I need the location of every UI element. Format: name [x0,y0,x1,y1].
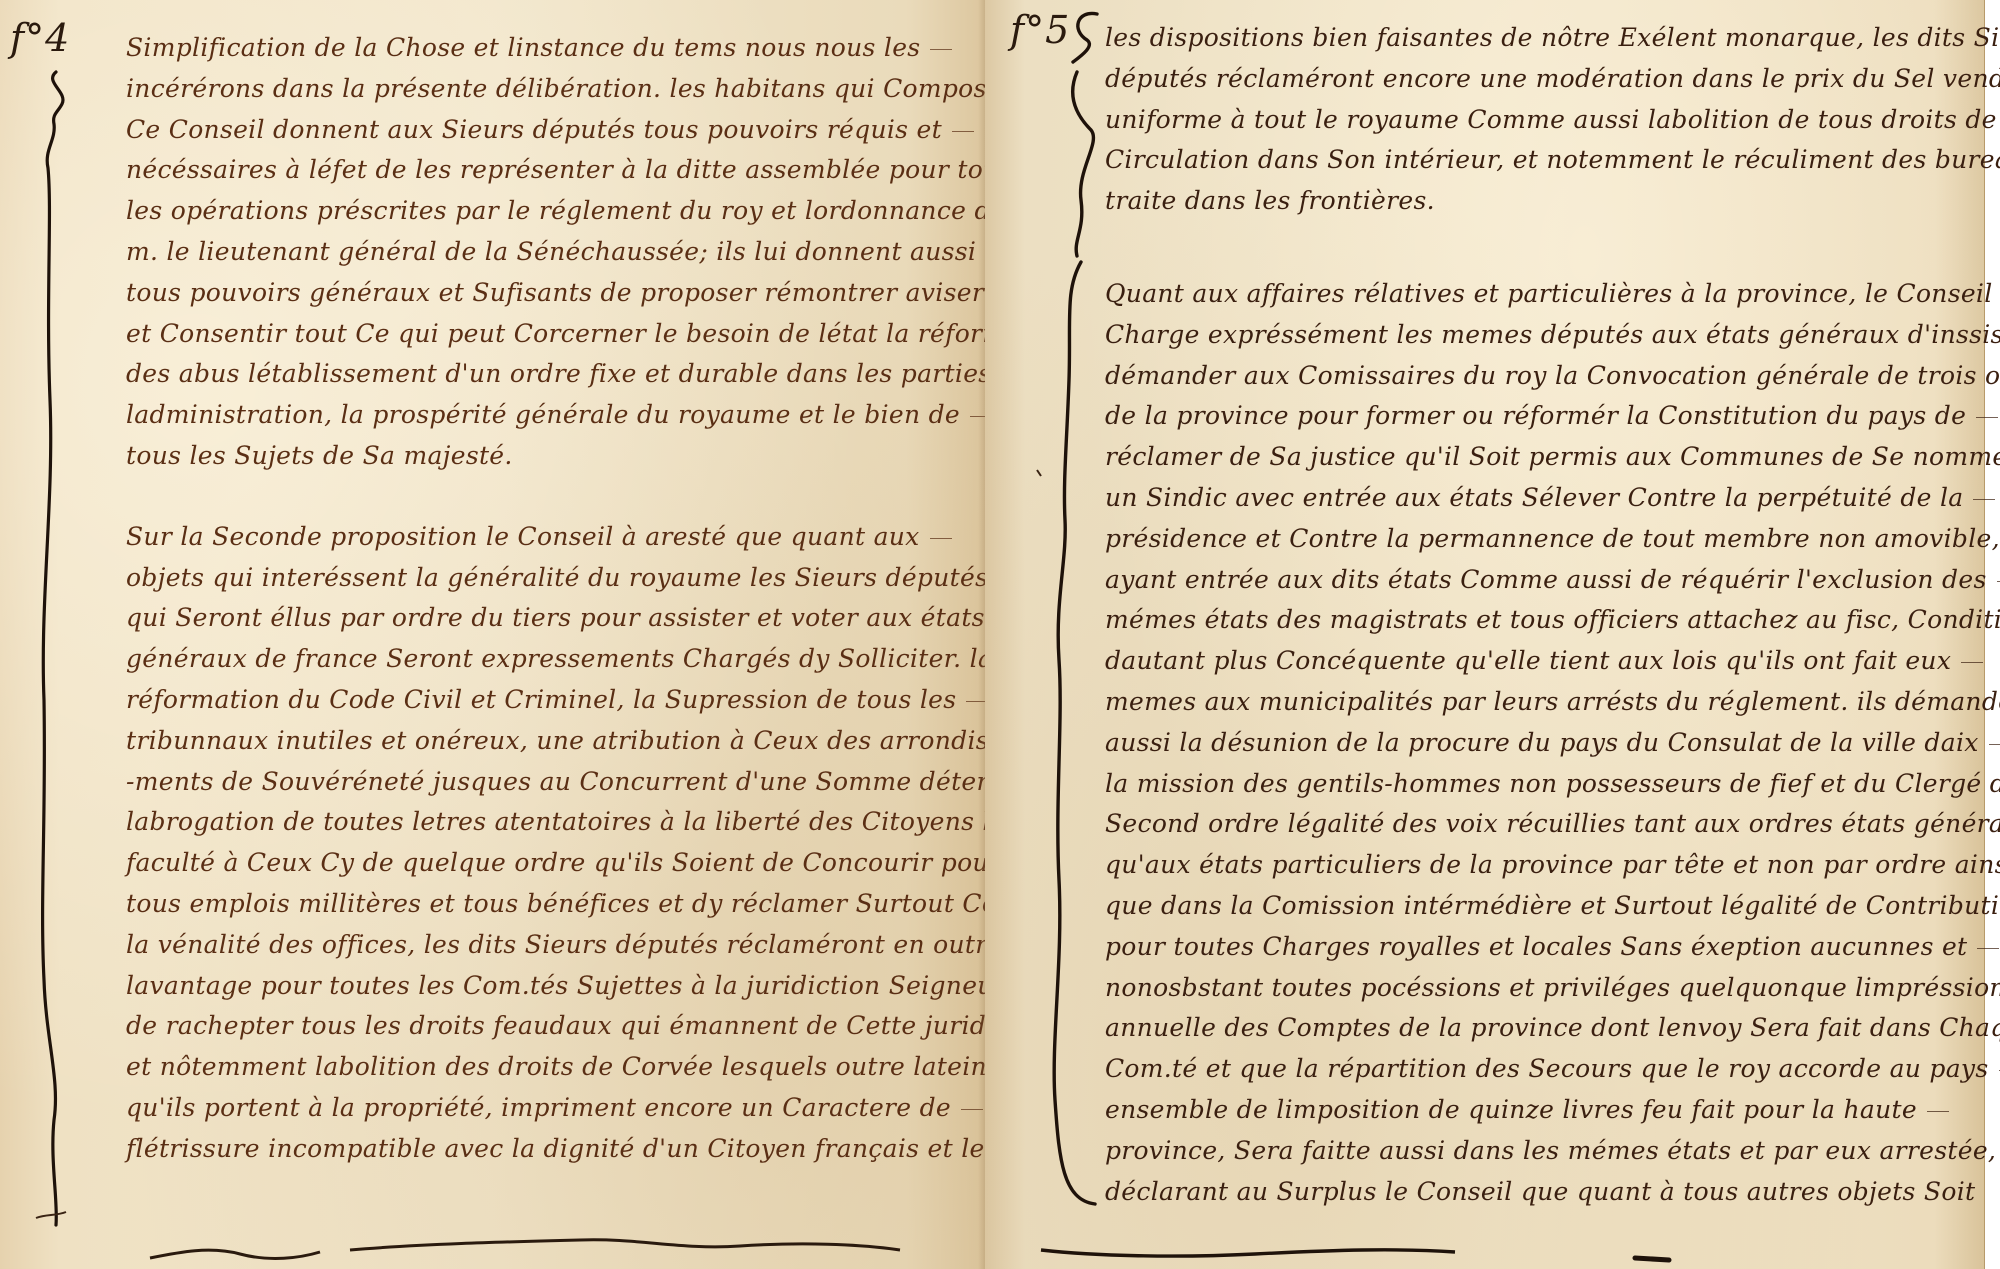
text-line: -ments de Souvéréneté jusques au Concurr… [126,762,986,803]
left-page-text: Simplification de la Chose et linstance … [126,28,986,1170]
text-line: la vénalité des offices, les dits Sieurs… [126,925,986,966]
text-line: Circulation dans Son intérieur, et notem… [1105,140,1985,181]
text-line: Com.té et que la répartition des Secours… [1105,1049,1985,1090]
text-line: tous emplois millitères et tous bénéfice… [126,884,986,925]
text-line: Quant aux affaires rélatives et particul… [1105,274,1985,315]
text-line: uniforme à tout le royaume Comme aussi l… [1105,100,1985,141]
text-line: mémes états des magistrats et tous offic… [1105,600,1985,641]
text-line: les dispositions bien faisantes de nôtre… [1105,18,1985,59]
text-line: Second ordre légalité des voix récuillie… [1105,804,1985,845]
text-line: réformation du Code Civil et Criminel, l… [126,680,986,721]
text-line: m. le lieutenant général de la Sénéchaus… [126,232,986,273]
text-line: ladministration, la prospérité générale … [126,395,986,436]
text-line: labrogation de toutes letres atentatoire… [126,802,986,843]
text-line: et Consentir tout Ce qui peut Corcerner … [126,314,986,355]
text-line: tous pouvoirs généraux et Sufisants de p… [126,273,986,314]
text-line: des abus létablissement d'un ordre fixe … [126,354,986,395]
text-line: démander aux Comissaires du roy la Convo… [1105,356,1985,397]
text-line: dautant plus Concéquente qu'elle tient a… [1105,641,1985,682]
text-line: déclarant au Surplus le Conseil que quan… [1105,1172,1985,1213]
text-line: Charge expréssément les memes députés au… [1105,315,1985,356]
text-line: aussi la désunion de la procure du pays … [1105,723,1985,764]
closing-flourish-icon [1035,1230,1735,1269]
text-line: traite dans les frontières. [1105,181,1985,222]
text-line: les opérations préscrites par le régleme… [126,191,986,232]
text-line: faculté à Ceux Cy de quelque ordre qu'il… [126,843,986,884]
text-line: députés réclaméront encore une modératio… [1105,59,1985,100]
text-line: que dans la Comission intérmédière et Su… [1105,886,1985,927]
text-line: Ce Conseil donnent aux Sieurs députés to… [126,110,986,151]
text-line: pour toutes Charges royalles et locales … [1105,927,1985,968]
text-line: réclamer de Sa justice qu'il Soit permis… [1105,437,1985,478]
text-line: qui Seront éllus par ordre du tiers pour… [126,598,986,639]
text-line: présidence et Contre la permannence de t… [1105,519,1985,560]
right-page: f°5 les dispositions bien faisantes de n… [985,0,1985,1269]
text-line: nécéssaires à léfet de les représenter à… [126,150,986,191]
text-line: qu'ils portent à la propriété, impriment… [126,1088,986,1129]
text-line: lavantage pour toutes les Com.tés Sujett… [126,966,986,1007]
paragraph-gap [126,477,986,517]
text-line: et nôtemment labolition des droits de Co… [126,1047,986,1088]
margin-bracket-icon [985,0,1105,1269]
text-line: qu'aux états particuliers de la province… [1105,845,1985,886]
closing-flourish-icon [120,1228,1020,1268]
text-line: généraux de france Seront expressements … [126,639,986,680]
text-line: ensemble de limposition de quinze livres… [1105,1090,1985,1131]
text-line: tribunnaux inutiles et onéreux, une atri… [126,721,986,762]
margin-bracket-icon [0,0,120,1269]
text-line: memes aux municipalités par leurs arrést… [1105,682,1985,723]
text-line: tous les Sujets de Sa majesté. [126,436,986,477]
paragraph-gap [1105,222,1985,274]
text-line: annuelle des Comptes de la province dont… [1105,1008,1985,1049]
text-line: de la province pour former ou réformér l… [1105,396,1985,437]
text-line: de rachepter tous les droits feaudaux qu… [126,1006,986,1047]
text-line: Sur la Seconde proposition le Conseil à … [126,517,986,558]
text-line: province, Sera faitte aussi dans les mém… [1105,1131,1985,1172]
text-line: incérérons dans la présente délibération… [126,69,986,110]
right-page-text: les dispositions bien faisantes de nôtre… [1105,18,1985,1212]
left-page: f°4 Simplification de la Chose et linsta… [0,0,985,1269]
text-line: objets qui interéssent la généralité du … [126,558,986,599]
text-line: nonosbstant toutes pocéssions et privilé… [1105,968,1985,1009]
text-line: un Sindic avec entrée aux états Sélever … [1105,478,1985,519]
text-line: ayant entrée aux dits états Comme aussi … [1105,560,1985,601]
text-line: la mission des gentils-hommes non posses… [1105,764,1985,805]
manuscript-spread: f°4 Simplification de la Chose et linsta… [0,0,1985,1269]
text-line: flétrissure incompatible avec la dignité… [126,1129,986,1170]
text-line: Simplification de la Chose et linstance … [126,28,986,69]
